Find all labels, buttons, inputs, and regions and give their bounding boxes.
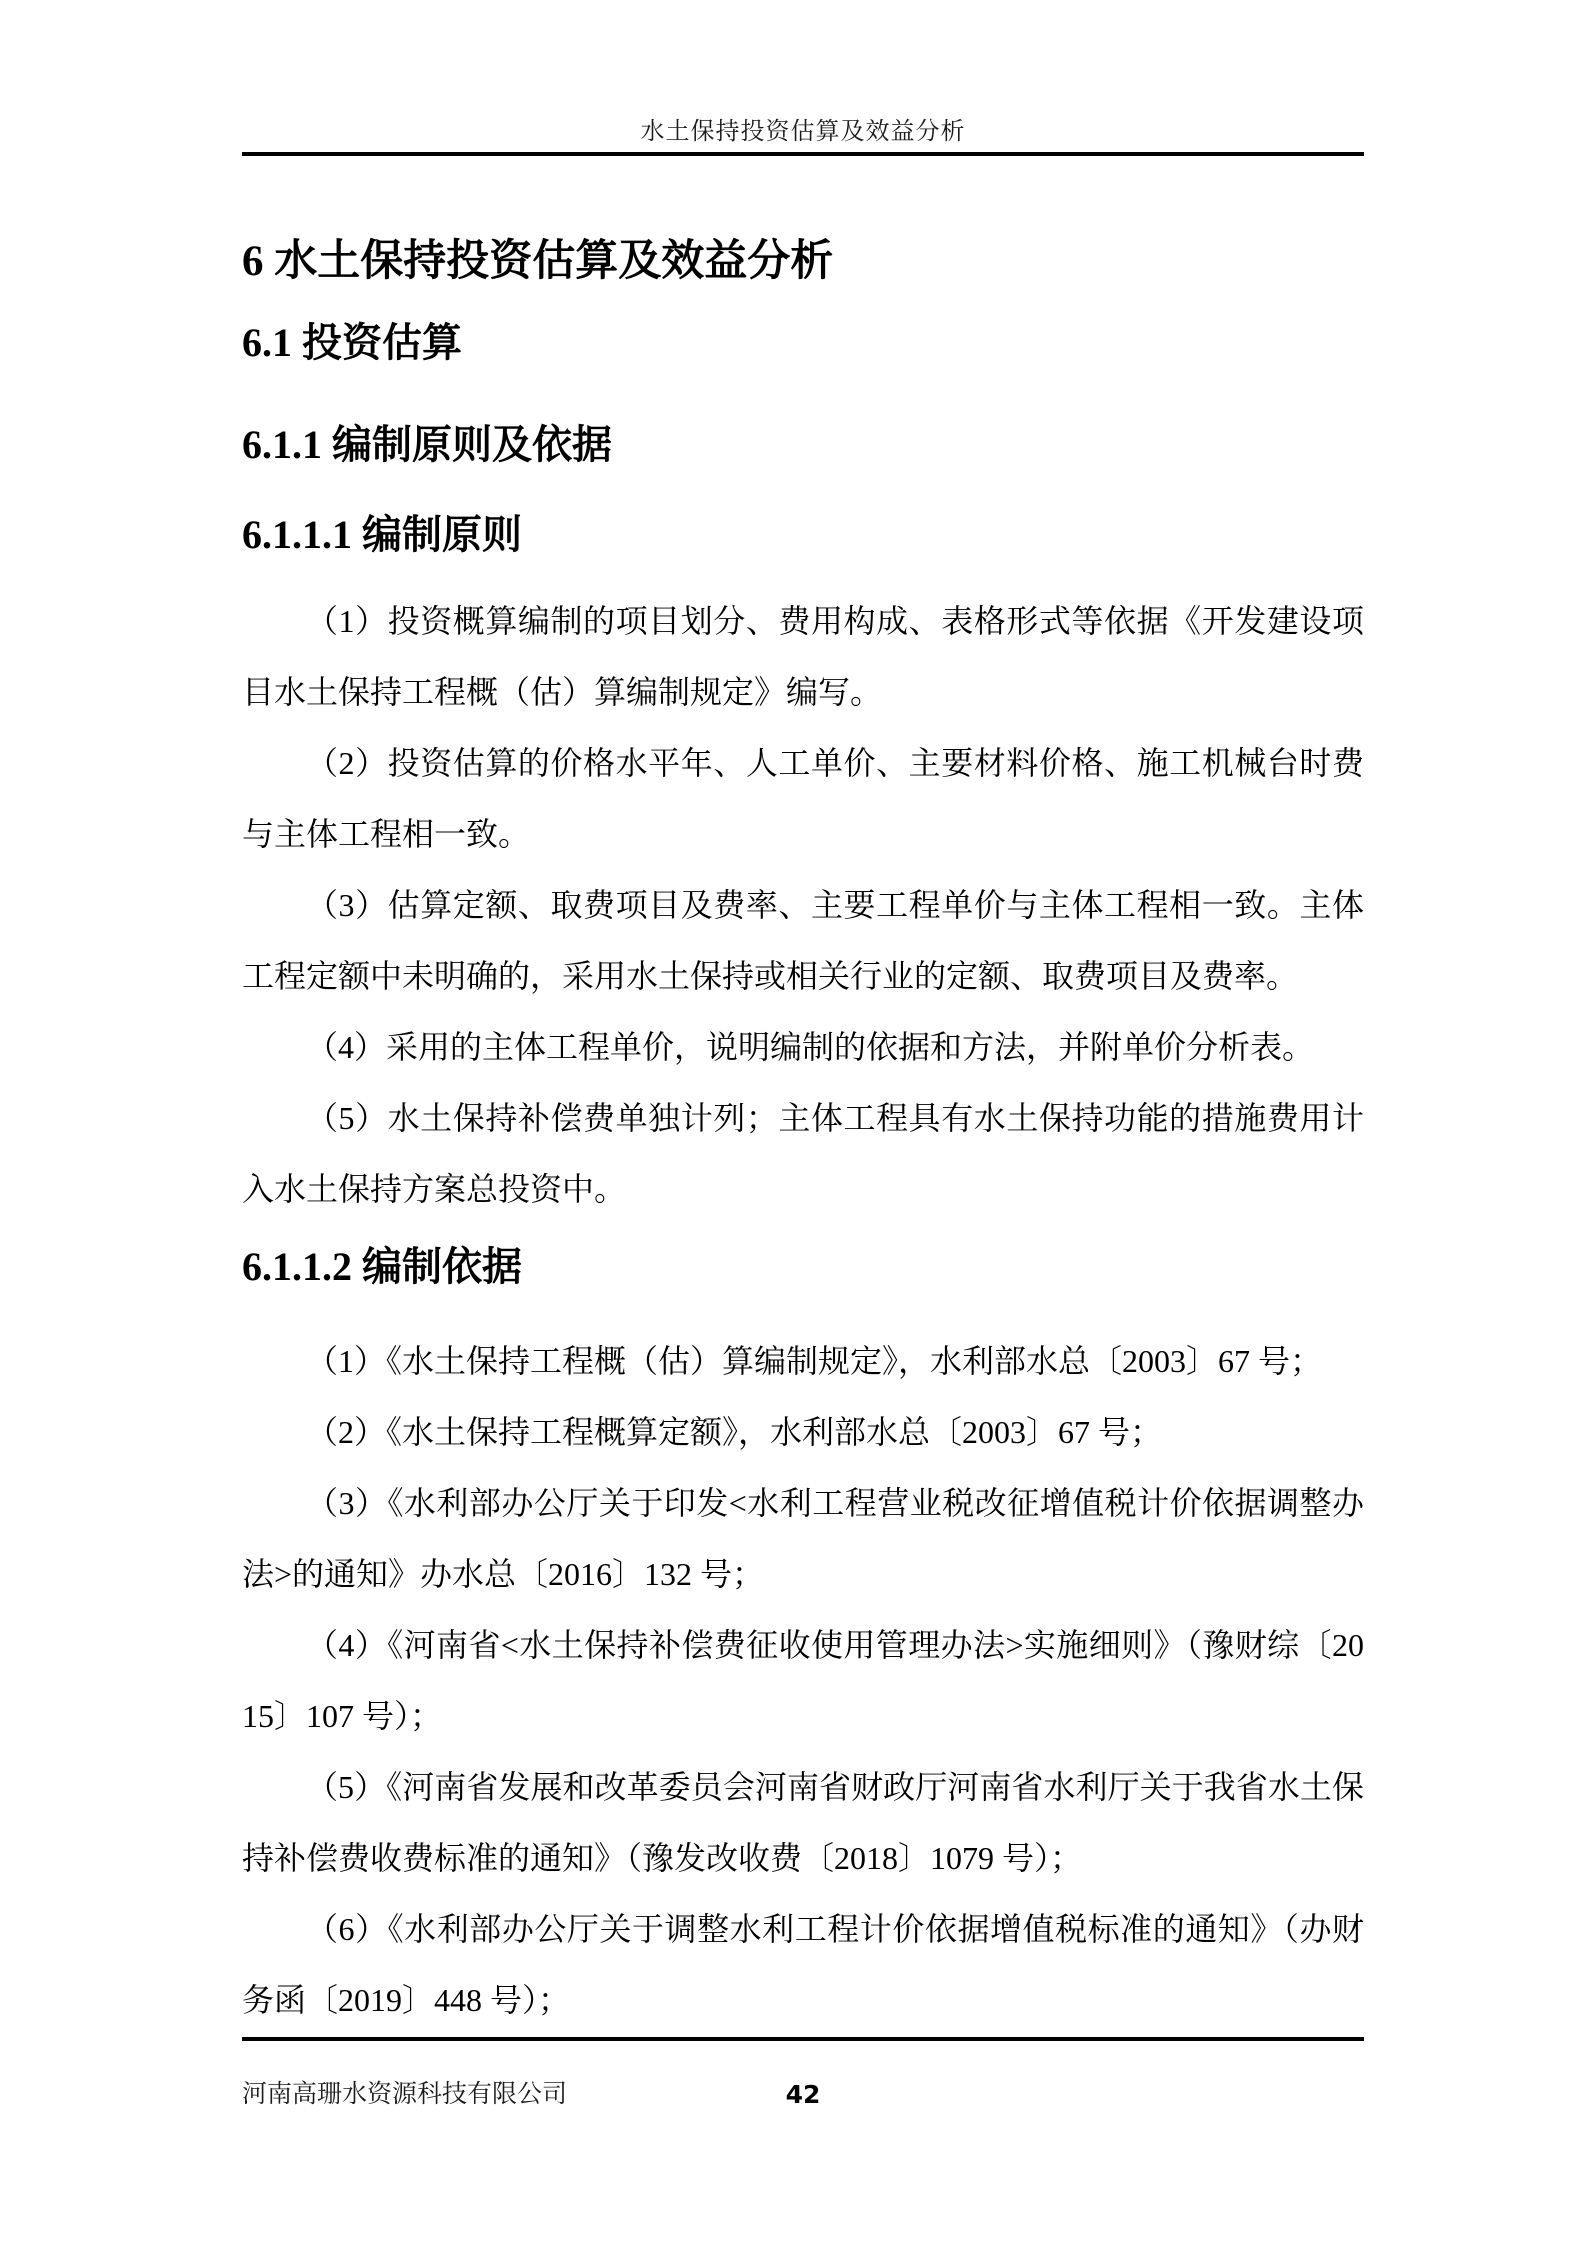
page-content: 6 水土保持投资估算及效益分析 6.1 投资估算 6.1.1 编制原则及依据 6… (242, 152, 1364, 2036)
basis-list: （1）《水土保持工程概（估）算编制规定》，水利部水总〔2003〕67 号； （2… (242, 1326, 1364, 2036)
page-header: 水土保持投资估算及效益分析 (242, 0, 1364, 156)
basis-item: （2）《水土保持工程概算定额》，水利部水总〔2003〕67 号； (242, 1397, 1364, 1468)
principle-item: （5）水土保持补偿费单独计列；主体工程具有水土保持功能的措施费用计入水土保持方案… (242, 1083, 1364, 1225)
basis-heading: 6.1.1.2 编制依据 (242, 1247, 1364, 1287)
principles-list: （1）投资概算编制的项目划分、费用构成、表格形式等依据《开发建设项目水土保持工程… (242, 586, 1364, 1225)
principle-item: （4）采用的主体工程单价，说明编制的依据和方法，并附单价分析表。 (242, 1012, 1364, 1083)
subsection-heading: 6.1.1 编制原则及依据 (242, 425, 1364, 465)
basis-item: （1）《水土保持工程概（估）算编制规定》，水利部水总〔2003〕67 号； (242, 1326, 1364, 1397)
footer-page-number: 42 (786, 2081, 821, 2109)
basis-item: （4）《河南省<水土保持补偿费征收使用管理办法>实施细则》（豫财综〔2015〕1… (242, 1610, 1364, 1752)
basis-item: （5）《河南省发展和改革委员会河南省财政厅河南省水利厅关于我省水土保持补偿费收费… (242, 1752, 1364, 1894)
basis-item: （6）《水利部办公厅关于调整水利工程计价依据增值税标准的通知》（办财务函〔201… (242, 1894, 1364, 2036)
chapter-heading: 6 水土保持投资估算及效益分析 (242, 240, 1364, 283)
basis-item: （3）《水利部办公厅关于印发<水利工程营业税改征增值税计价依据调整办法>的通知》… (242, 1468, 1364, 1610)
principle-item: （3）估算定额、取费项目及费率、主要工程单价与主体工程相一致。主体工程定额中未明… (242, 870, 1364, 1012)
document-page: 水土保持投资估算及效益分析 6 水土保持投资估算及效益分析 6.1 投资估算 6… (0, 0, 1587, 2245)
section-heading: 6.1 投资估算 (242, 323, 1364, 363)
principles-heading: 6.1.1.1 编制原则 (242, 515, 1364, 555)
principle-item: （2）投资估算的价格水平年、人工单价、主要材料价格、施工机械台时费与主体工程相一… (242, 728, 1364, 870)
footer-company-name: 河南高珊水资源科技有限公司 (242, 2081, 567, 2109)
running-header-title: 水土保持投资估算及效益分析 (641, 120, 966, 144)
principle-item: （1）投资概算编制的项目划分、费用构成、表格形式等依据《开发建设项目水土保持工程… (242, 586, 1364, 728)
page-footer: 河南高珊水资源科技有限公司 42 (242, 2037, 1364, 2079)
